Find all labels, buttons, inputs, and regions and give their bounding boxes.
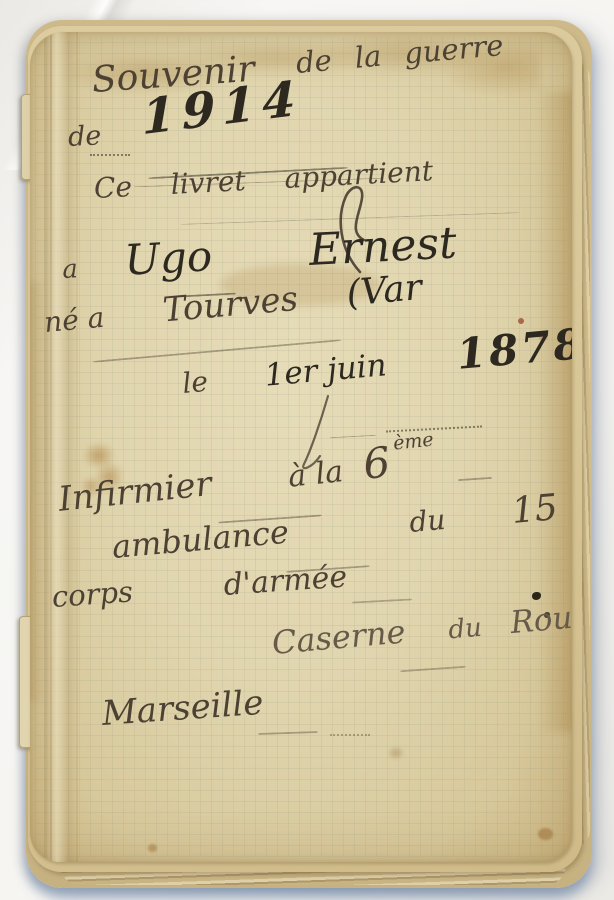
- notebook: Souvenir de la guerre de 1914 Ce livret …: [26, 20, 592, 888]
- department: (Var: [345, 267, 424, 314]
- word-ne-a: né a: [43, 301, 106, 339]
- corps-number: 15: [510, 487, 559, 532]
- unit-number: 6: [361, 437, 393, 489]
- bottom-stain: [538, 828, 553, 840]
- worn-left-edge: [30, 282, 52, 702]
- word-le: le: [181, 365, 209, 400]
- faint-speck: [390, 748, 402, 758]
- dots-after-de: [90, 154, 130, 156]
- word-de: de: [67, 120, 102, 153]
- word-du: du: [408, 503, 447, 539]
- owner-last-name: Ernest: [308, 217, 458, 276]
- word-a: a: [62, 254, 79, 285]
- scanned-notebook-photo: { "document_kind": "handwritten notebook…: [0, 0, 614, 900]
- corps: corps: [51, 574, 134, 614]
- dots-after-city: [330, 734, 370, 736]
- bottom-speck: [148, 844, 157, 852]
- owner-first-name: Ugo: [123, 231, 213, 285]
- notebook-front-cover: Souvenir de la guerre de 1914 Ce livret …: [30, 32, 572, 862]
- caserne-name: Rouet: [509, 597, 572, 641]
- unit-ordinal: ème: [392, 429, 435, 455]
- at-the: à la: [286, 454, 344, 495]
- birth-year: 1878: [455, 319, 572, 379]
- caserne-du: du: [447, 613, 483, 646]
